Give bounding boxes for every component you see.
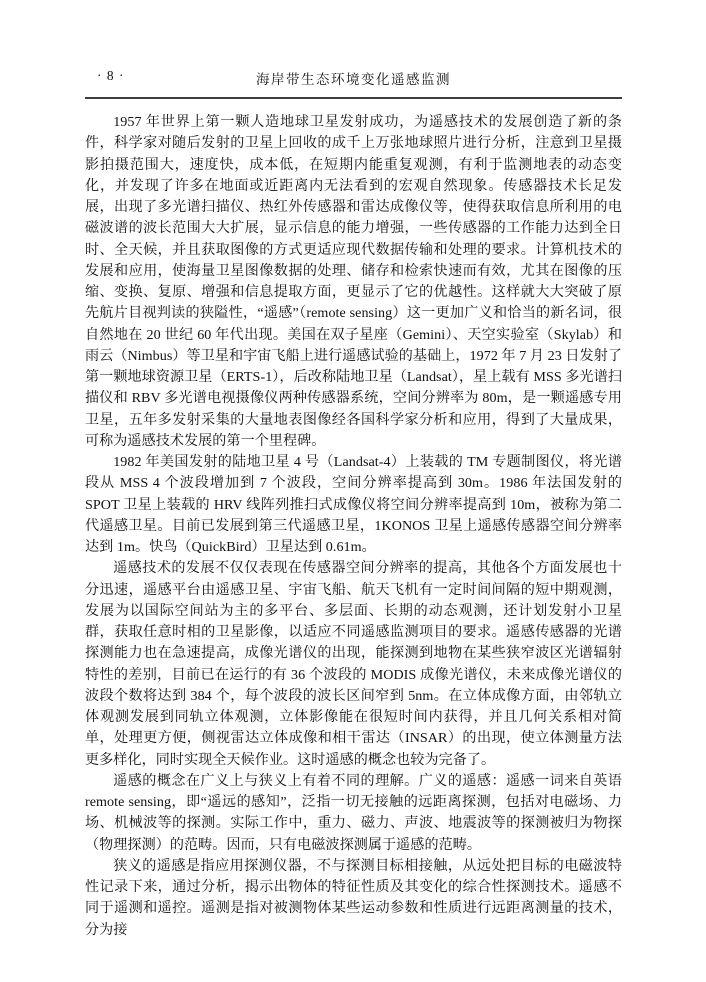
page-header: · 8 · 海岸带生态环境变化遥感监测 xyxy=(85,64,622,99)
paragraph-3: 遥感技术的发展不仅仅表现在传感器空间分辨率的提高，其他各个方面发展也十分迅速，遥… xyxy=(85,558,622,771)
paragraph-5: 狭义的遥感是指应用探测仪器，不与探测目标相接触，从远处把目标的电磁波特性记录下来… xyxy=(85,856,622,941)
paragraph-1: 1957 年世界上第一颗人造地球卫星发射成功，为遥感技术的发展创造了新的条件，科… xyxy=(85,112,622,452)
paragraph-4: 遥感的概念在广义上与狭义上有着不同的理解。广义的遥感：遥感一词来自英语 remo… xyxy=(85,771,622,856)
book-page: · 8 · 海岸带生态环境变化遥感监测 1957 年世界上第一颗人造地球卫星发射… xyxy=(0,0,706,982)
paragraph-2: 1982 年美国发射的陆地卫星 4 号（Landsat-4）上装载的 TM 专题… xyxy=(85,452,622,558)
running-head-title: 海岸带生态环境变化遥感监测 xyxy=(85,68,622,88)
body-text: 1957 年世界上第一颗人造地球卫星发射成功，为遥感技术的发展创造了新的条件，科… xyxy=(85,112,622,941)
